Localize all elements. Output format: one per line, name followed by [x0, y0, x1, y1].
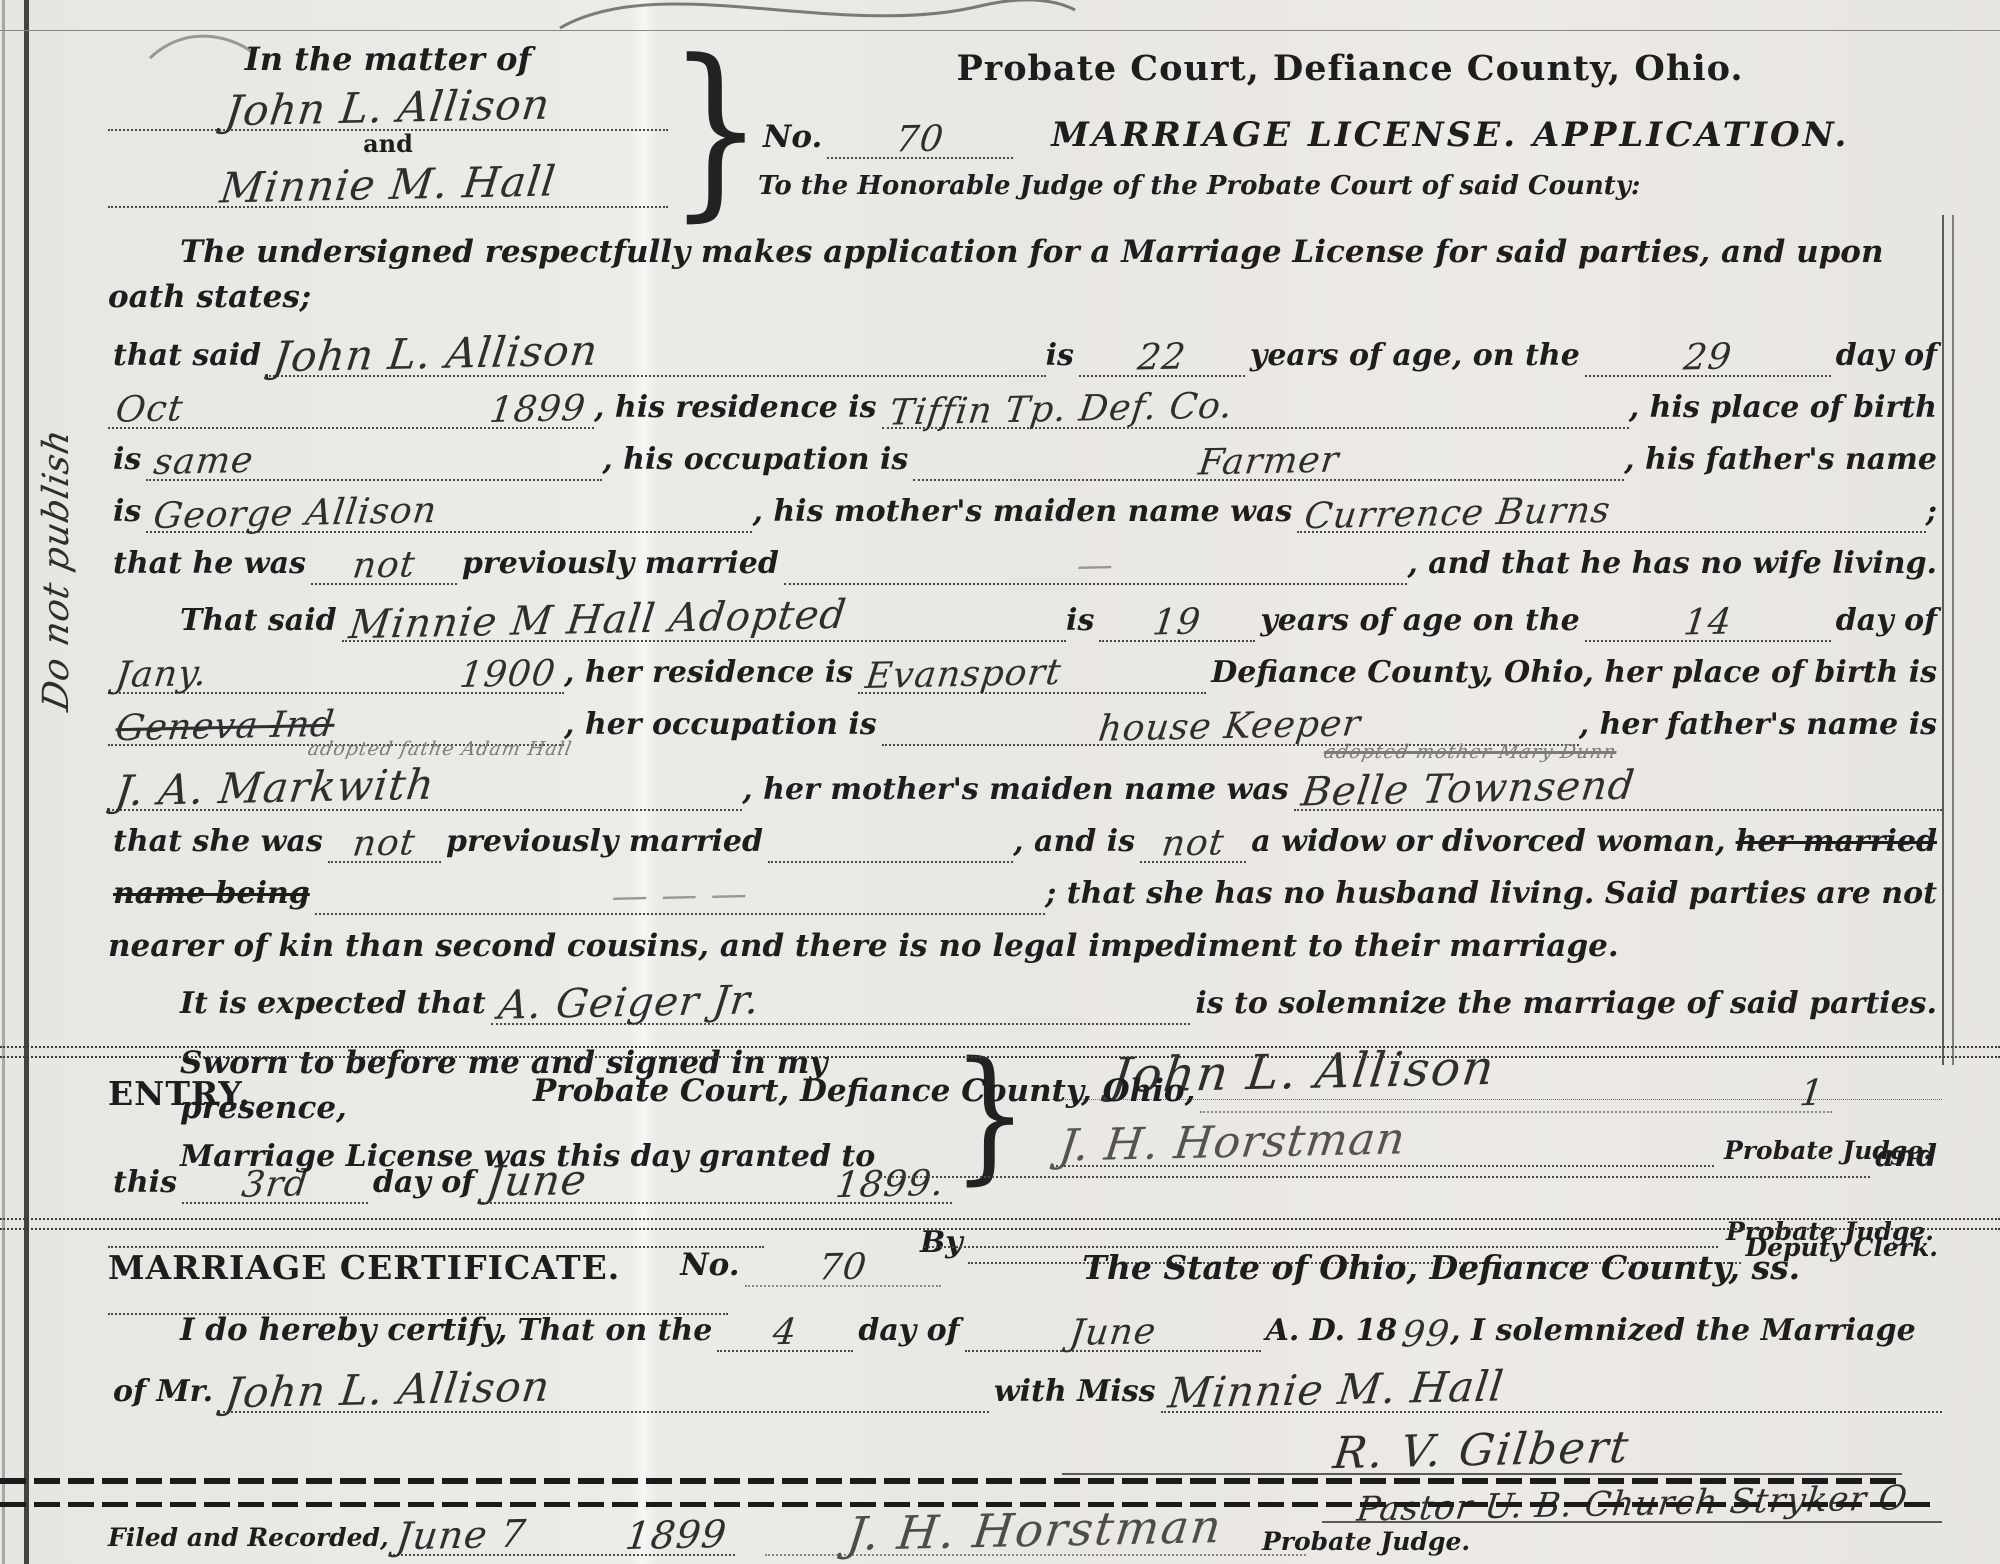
certificate-divider	[0, 1218, 2000, 1230]
bride-father-blank: adopted fathe Adam Hall J. A. Markwith	[108, 760, 742, 811]
bottom-rule-1	[0, 1478, 1900, 1484]
margin-note-text: Do not publish	[36, 425, 77, 714]
bride-not-blank: not	[328, 820, 441, 863]
groom-father-blank: George Allison	[146, 490, 752, 533]
printed-her-residence: , her residence is	[564, 655, 858, 694]
bride-birthday-blank: 14	[1585, 599, 1831, 642]
bride-birthmonth-blank: Jany. 1900	[108, 651, 564, 694]
filed-date-blank: June 7 1899	[389, 1510, 735, 1556]
cert-heading-row: MARRIAGE CERTIFICATE. No. 70 The State o…	[108, 1244, 1942, 1287]
cert-officiant-sig-line: R. V. Gilbert	[1062, 1422, 1902, 1475]
groom-birthmonth-blank: Oct 1899	[108, 386, 594, 429]
form-line-7: Jany. 1900 , her residence is Evansport …	[108, 651, 1942, 694]
groom-occupation-value: Farmer	[1196, 439, 1341, 483]
filed-date-value: June 7	[394, 1512, 529, 1559]
pencil-note-father: adopted fathe Adam Hall	[306, 738, 574, 760]
marriage-license-document: Do not publish In the matter of John L. …	[0, 0, 2000, 1564]
cert-ad-18: A. D. 18	[1261, 1313, 1403, 1352]
printed-is-3: is	[108, 494, 146, 533]
bride-occupation-blank: house Keeper	[882, 703, 1579, 746]
page-edge-shadow	[2, 0, 5, 1564]
groom-birthday-blank: 29	[1585, 334, 1831, 377]
bride-age-value: 19	[1151, 601, 1204, 643]
bride-father-value: J. A. Markwith	[113, 760, 438, 816]
cert-officiant-title-wrap: Pastor U. B. Church Stryker O Probate Ju…	[1322, 1481, 1942, 1556]
printed-her-married-struck: her married	[1731, 824, 1942, 863]
printed-years-of-age: years of age, on the	[1245, 338, 1585, 377]
groom-father-value: George Allison	[151, 490, 439, 537]
pencil-note-mother: adopted mother Mary Dunn	[1322, 741, 1618, 763]
cert-day-blank: 4	[717, 1309, 853, 1352]
printed-is-2: is	[108, 442, 146, 481]
bride-name-blank: Minnie M Hall Adopted	[342, 594, 1066, 642]
bride-mother-blank: adopted mother Mary Dunn Belle Townsend	[1294, 763, 1942, 811]
groom-age-blank: 22	[1079, 334, 1245, 377]
entry-granted-blank	[880, 1142, 1870, 1178]
printed-her-mothers-maiden: , her mother's maiden name was	[742, 772, 1293, 811]
form-line-1: that said John L. Allison is 22 years of…	[108, 326, 1942, 377]
cert-certify-row: I do hereby certify, That on the 4 day o…	[108, 1309, 1942, 1352]
cert-officiant-signature: R. V. Gilbert	[1331, 1422, 1633, 1479]
bride-residence-blank: Evansport	[858, 651, 1206, 694]
form-line-5: that he was not previously married — , a…	[108, 542, 1942, 585]
no-blank: 70	[827, 116, 1013, 159]
filed-recorded-label: Filed and Recorded,	[108, 1523, 389, 1556]
entry-divider	[0, 1046, 2000, 1058]
opening-paragraph: The undersigned respectfully makes appli…	[108, 230, 1942, 320]
printed-that-said-2: That said	[108, 603, 342, 642]
printed-that-said: that said	[108, 338, 266, 377]
form-line-6: That said Minnie M Hall Adopted is 19 ye…	[108, 594, 1942, 642]
printed-day-of: day of	[1831, 338, 1942, 377]
cert-groom-blank: John L. Allison	[218, 1362, 989, 1413]
bride-prev-blank	[768, 827, 1013, 863]
cert-certify-label: I do hereby certify,	[108, 1312, 512, 1352]
widow-not-value: not	[1159, 822, 1226, 864]
kinship-line: nearer of kin than second cousins, and t…	[108, 924, 1942, 969]
bride-age-blank: 19	[1099, 599, 1255, 642]
left-rule	[24, 0, 29, 1564]
filed-year-value: 1899	[623, 1512, 729, 1558]
form-line-10: that she was not previously married , an…	[108, 820, 1942, 863]
no-value: 70	[894, 118, 947, 160]
cert-officiant-sig-row: R. V. Gilbert	[108, 1422, 1942, 1475]
groom-residence-value: Tiffin Tp. Def. Co.	[887, 385, 1235, 433]
printed-place-of-birth: , his place of birth	[1629, 390, 1942, 429]
entry-and-label: and	[1870, 1139, 1942, 1178]
cert-bride-blank: Minnie M. Hall	[1161, 1362, 1942, 1413]
printed-her-occupation: , her occupation is	[564, 707, 882, 746]
widow-not-blank: not	[1140, 820, 1246, 863]
groom-name-blank: John L. Allison	[266, 326, 1045, 377]
cert-month-value: June	[1067, 1311, 1158, 1354]
entry-heading-row: ENTRY. Probate Court, Defiance County, O…	[108, 1070, 1942, 1113]
officiant-value: A. Geiger Jr.	[496, 977, 763, 1028]
caption-block: In the matter of John L. Allison and Min…	[108, 40, 668, 208]
cert-sig-spacer2	[1902, 1422, 1942, 1475]
entry-granted-label: Marriage License was this day granted to	[108, 1139, 880, 1178]
printed-it-is-expected: It is expected that	[108, 986, 491, 1025]
party2-line: Minnie M. Hall	[108, 157, 668, 208]
form-line-3: is same , his occupation is Farmer , his…	[108, 438, 1942, 481]
court-name: Probate Court, Defiance County, Ohio.	[758, 48, 1942, 89]
printed-name-being-struck: name being	[108, 876, 315, 915]
form-line-2: Oct 1899 , his residence is Tiffin Tp. D…	[108, 386, 1942, 429]
groom-birthyear-value: 1899	[488, 388, 589, 431]
certificate-section: MARRIAGE CERTIFICATE. No. 70 The State o…	[108, 1244, 1942, 1556]
groom-prev-dash: —	[1075, 544, 1117, 586]
groom-occupation-blank: Farmer	[913, 438, 1624, 481]
groom-not-blank: not	[311, 542, 457, 585]
margin-note: Do not publish	[30, 10, 74, 710]
cert-groom-value: John L. Allison	[223, 1362, 553, 1418]
form-line-9: adopted fathe Adam Hall J. A. Markwith ,…	[108, 760, 1942, 811]
married-name-dashes: — — —	[609, 873, 750, 917]
entry-heading: ENTRY.	[108, 1074, 528, 1113]
entry-page-no: 1	[1798, 1073, 1827, 1114]
cert-year-value: 99	[1400, 1314, 1453, 1356]
caption-header-row: In the matter of John L. Allison and Min…	[108, 40, 1942, 220]
header-block: Probate Court, Defiance County, Ohio. No…	[758, 40, 1942, 201]
printed-her-fathers-name: , her father's name is	[1579, 707, 1942, 746]
cert-month-blank: June	[965, 1309, 1261, 1352]
party1-name: John L. Allison	[223, 80, 553, 136]
cert-no-blank: 70	[745, 1244, 941, 1287]
officiant-blank: A. Geiger Jr.	[491, 977, 1191, 1025]
party2-name: Minnie M. Hall	[217, 157, 558, 213]
printed-widow-divorced: a widow or divorced woman,	[1246, 824, 1730, 863]
and-label: and	[108, 131, 668, 157]
bride-birthday-value: 14	[1681, 601, 1734, 643]
bride-name-value: Minnie M Hall Adopted	[346, 592, 849, 648]
printed-no-husband: ; that she has no husband living. Said p…	[1045, 876, 1942, 915]
groom-mother-value: Currence Burns	[1302, 490, 1613, 537]
cert-judge-title: Probate Judge.	[1262, 1527, 1942, 1556]
married-name-blank: — — —	[315, 872, 1045, 915]
printed-previously-married-2: previously married	[441, 824, 768, 863]
entry-court-line: Probate Court, Defiance County, Ohio,	[528, 1073, 1200, 1113]
groom-mother-blank: Currence Burns	[1297, 490, 1926, 533]
printed-years-of-age-2: years of age on the	[1255, 603, 1584, 642]
cert-day-of: day of	[853, 1313, 964, 1352]
form-line-4: is George Allison , his mother's maiden …	[108, 490, 1942, 533]
groom-birthday-value: 29	[1681, 336, 1734, 378]
caption-brace: }	[668, 18, 763, 243]
cert-parties-row: of Mr. John L. Allison with Miss Minnie …	[108, 1362, 1942, 1413]
groom-name-value: John L. Allison	[271, 325, 601, 381]
in-matter-of-label: In the matter of	[108, 40, 668, 78]
form-line-11: name being — — — ; that she has no husba…	[108, 872, 1942, 915]
addressee-line: To the Honorable Judge of the Probate Co…	[758, 171, 1942, 201]
bride-birthmonth-value: Jany.	[113, 653, 209, 696]
cert-bride-value: Minnie M. Hall	[1165, 1362, 1506, 1418]
cert-judge-sig-blank: J. H. Horstman	[765, 1500, 1306, 1556]
printed-no-wife-living: , and that he has no wife living.	[1407, 546, 1942, 585]
printed-and-is: , and is	[1013, 824, 1140, 863]
printed-mothers-maiden: , his mother's maiden name was	[752, 494, 1297, 533]
bride-occupation-value: house Keeper	[1097, 703, 1364, 749]
groom-prev-blank: —	[784, 542, 1407, 585]
doc-title: MARRIAGE LICENSE. APPLICATION.	[1013, 115, 1854, 159]
cert-no-label: No.	[620, 1247, 744, 1287]
groom-age-value: 22	[1135, 336, 1188, 378]
bride-birthyear-value: 1900	[458, 653, 559, 696]
cert-with-miss: with Miss	[989, 1374, 1161, 1413]
bottom-rule-2	[0, 1502, 1930, 1507]
entry-granted-row: Marriage License was this day granted to…	[108, 1139, 1942, 1178]
bride-mother-value: Belle Townsend	[1299, 762, 1638, 815]
printed-previously-married: previously married	[457, 546, 784, 585]
groom-birthplace-value: same	[152, 440, 257, 483]
cert-of-mr: of Mr.	[108, 1374, 218, 1413]
groom-residence-blank: Tiffin Tp. Def. Co.	[882, 386, 1629, 429]
printed-day-of-2: day of	[1831, 603, 1942, 642]
no-label: No.	[758, 119, 827, 159]
cert-day-value: 4	[771, 1312, 800, 1353]
printed-is: is	[1046, 338, 1079, 377]
right-rule-inner	[1952, 215, 1954, 1065]
right-rule-outer	[1942, 215, 1944, 1065]
entry-court-blank: 1	[1200, 1070, 1832, 1113]
printed-that-she-was: that she was	[108, 824, 328, 863]
groom-not-value: not	[350, 544, 417, 586]
groom-birthplace-blank: same	[146, 438, 602, 481]
license-no-row: No. 70 MARRIAGE LICENSE. APPLICATION.	[758, 115, 1942, 159]
cert-state-line: The State of Ohio, Defiance County, ss.	[941, 1248, 1943, 1287]
cert-sig-spacer	[108, 1422, 1062, 1475]
bride-not-value: not	[351, 822, 418, 864]
printed-fathers-name: , his father's name	[1624, 442, 1942, 481]
printed-his-occupation: , his occupation is	[602, 442, 913, 481]
form-line-13: It is expected that A. Geiger Jr. is to …	[108, 977, 1942, 1025]
cert-judge-signature: J. H. Horstman	[845, 1499, 1227, 1561]
cert-solemnized: , I solemnized the Marriage	[1450, 1313, 1921, 1352]
printed-solemnize: is to solemnize the marriage of said par…	[1190, 986, 1942, 1025]
printed-semicolon: ;	[1926, 494, 1942, 533]
cert-no-value: 70	[816, 1247, 869, 1289]
printed-is-4: is	[1066, 603, 1099, 642]
printed-that-he-was: that he was	[108, 546, 311, 585]
groom-birthmonth-value: Oct	[113, 388, 185, 430]
bride-residence-value: Evansport	[863, 652, 1064, 697]
party1-line: John L. Allison	[108, 80, 668, 131]
caption-brace-wrap: }	[668, 40, 758, 220]
bride-birthplace-value: Geneva Ind	[113, 704, 337, 750]
printed-his-residence: , his residence is	[594, 390, 882, 429]
cert-heading: MARRIAGE CERTIFICATE.	[108, 1248, 620, 1287]
top-hairline	[0, 30, 2000, 31]
cert-filed-row: Filed and Recorded, June 7 1899 J. H. Ho…	[108, 1481, 1942, 1556]
printed-defiance-county: Defiance County, Ohio, her place of birt…	[1206, 655, 1942, 694]
cert-on-the: That on the	[512, 1313, 717, 1352]
